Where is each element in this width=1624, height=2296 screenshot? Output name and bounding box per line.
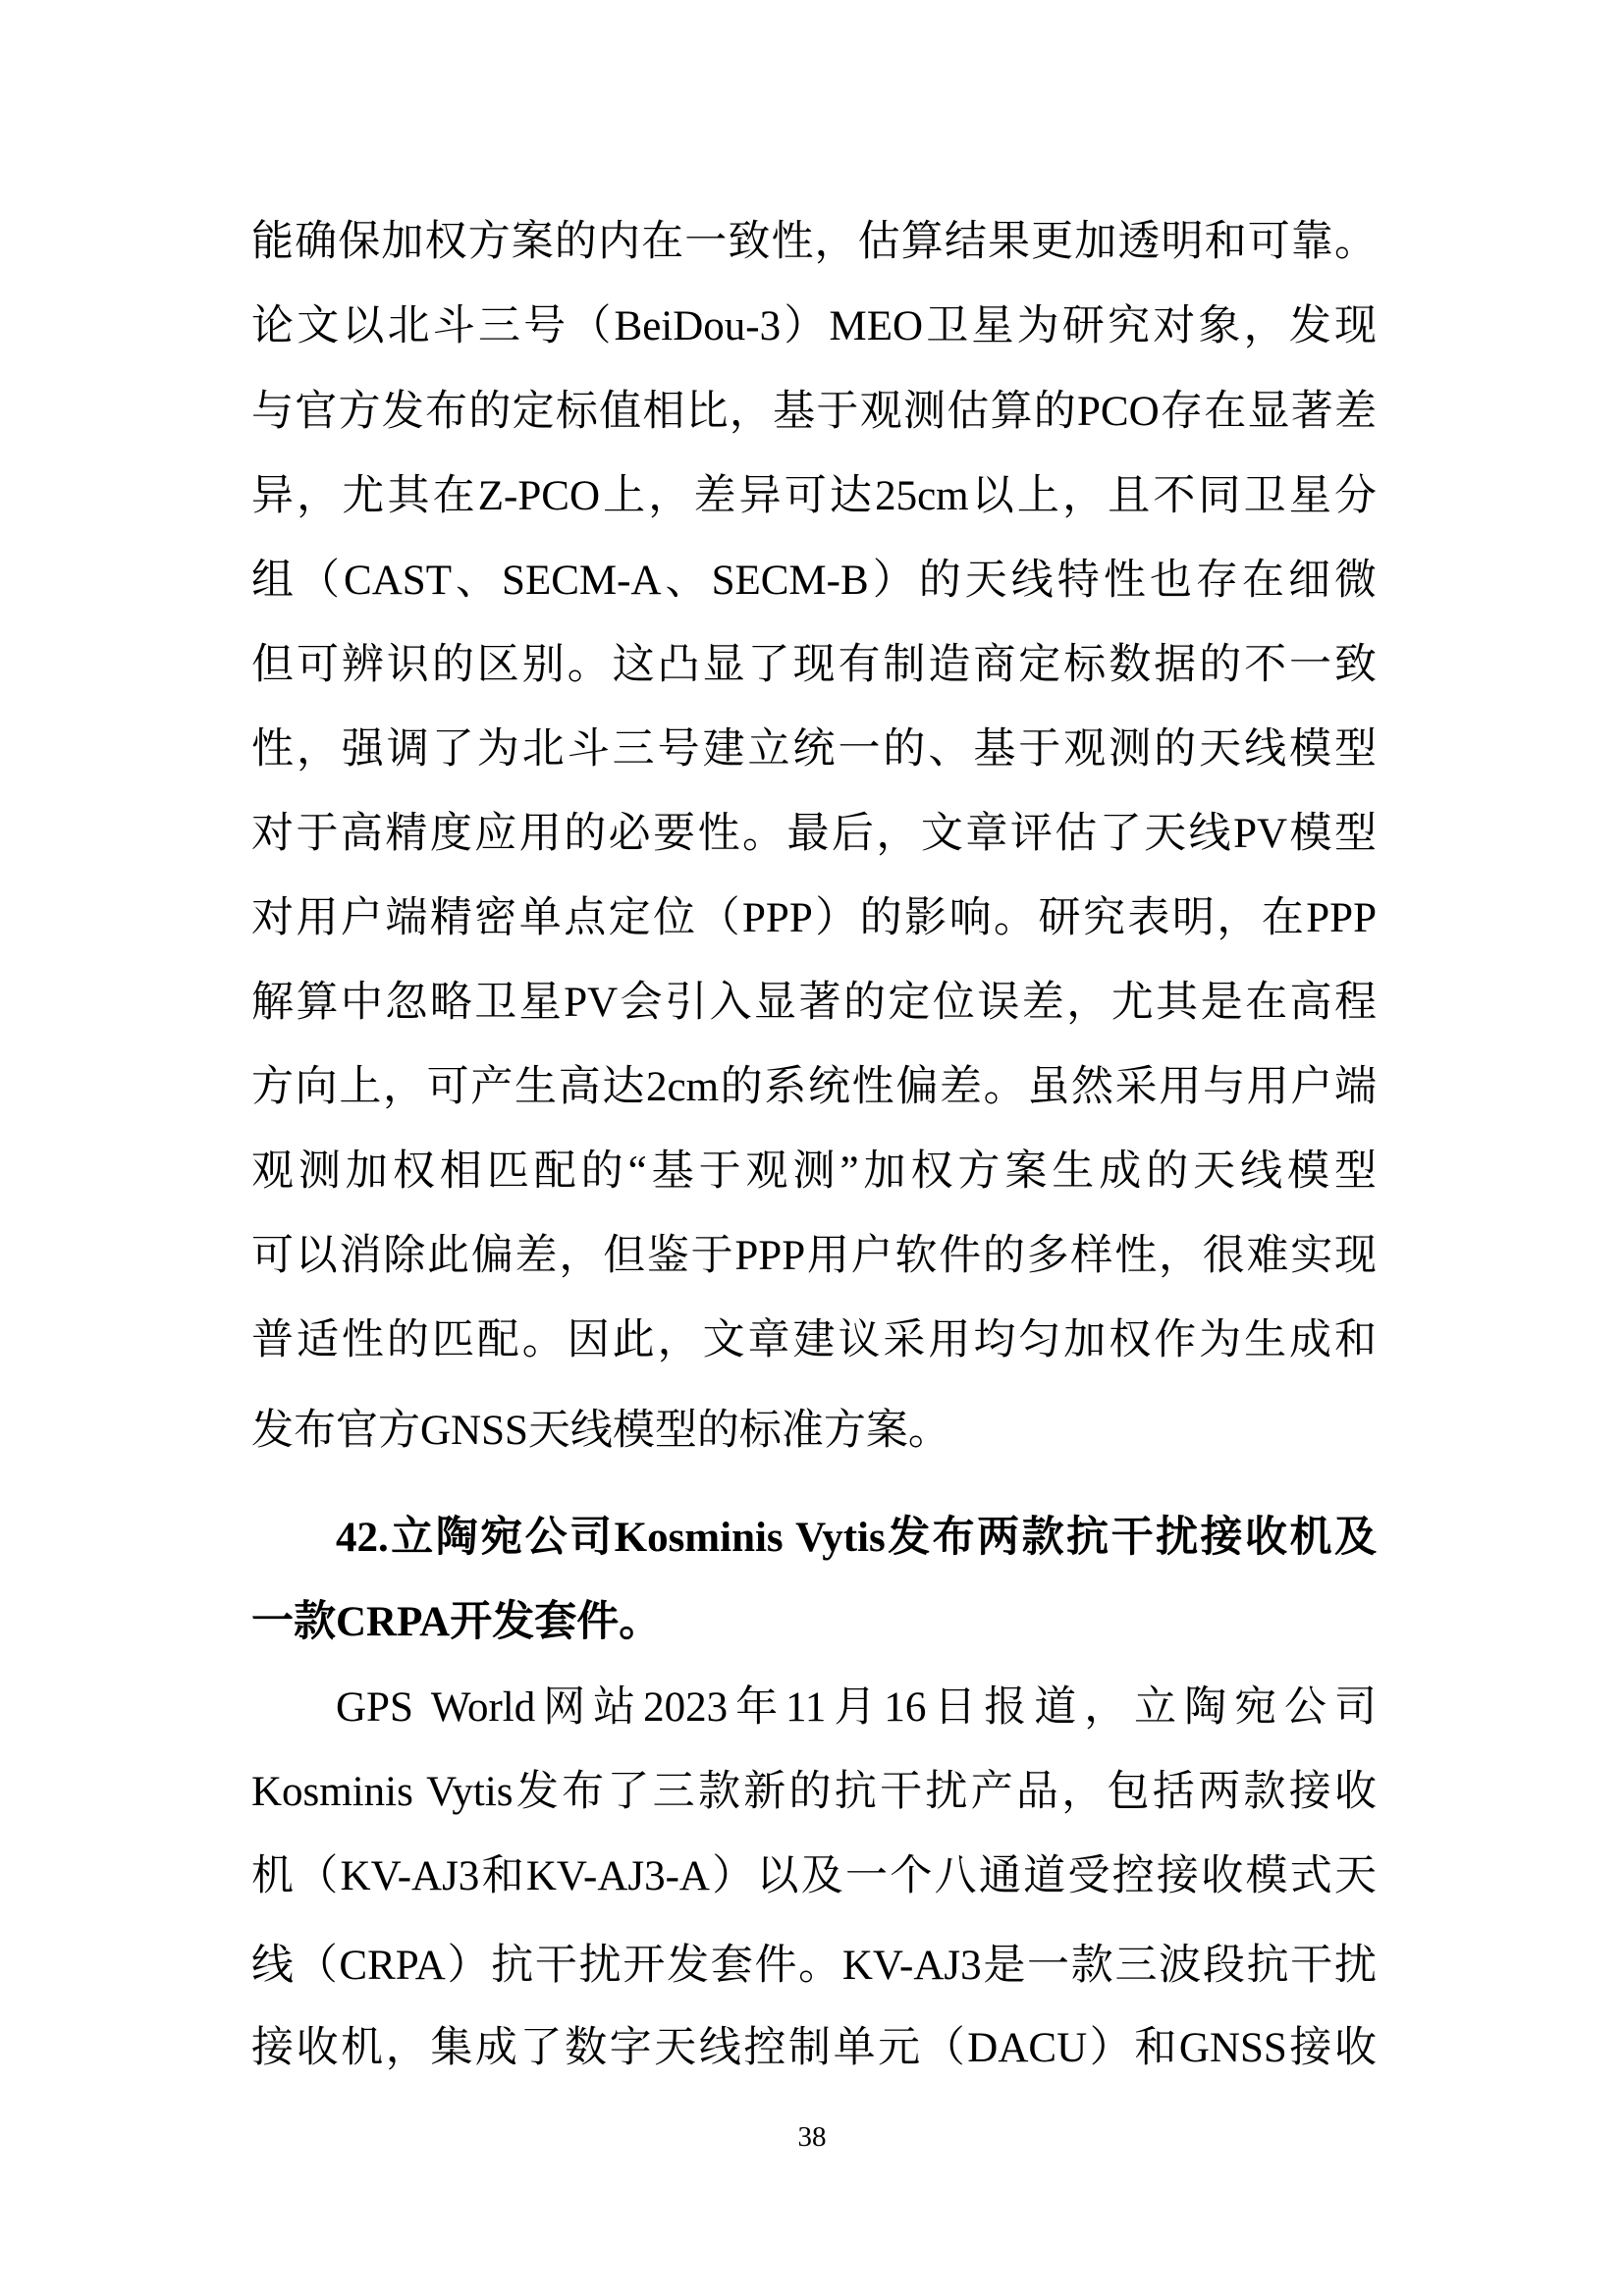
paragraph-line: 发布官方GNSS天线模型的标准方案。 [251,1389,1377,1473]
paragraph-line: 可以消除此偏差，但鉴于PPP用户软件的多样性，很难实现 [251,1214,1377,1299]
paragraph-line: 性，强调了为北斗三号建立统一的、基于观测的天线模型 [251,708,1377,792]
paragraph-line: 观测加权相匹配的“基于观测”加权方案生成的天线模型 [251,1130,1377,1214]
paragraph-line: 对用户端精密单点定位（PPP）的影响。研究表明，在PPP [251,877,1377,961]
section-heading-line: 42.立陶宛公司Kosminis Vytis发布两款抗干扰接收机及 [336,1496,1377,1580]
paragraph-line: 方向上，可产生高达2cm的系统性偏差。虽然采用与用户端 [251,1045,1377,1130]
paragraph-line: 解算中忽略卫星PV会引入显著的定位误差，尤其是在高程 [251,961,1377,1045]
paragraph-line: 普适性的匹配。因此，文章建议采用均匀加权作为生成和 [251,1299,1377,1383]
paragraph-line: GPS World网站2023年11月16日报道，立陶宛公司 [336,1666,1377,1750]
paragraph-line: 能确保加权方案的内在一致性，估算结果更加透明和可靠。 [251,200,1377,285]
section-heading-line: 一款CRPA开发套件。 [251,1580,1377,1665]
page-number: 38 [763,2120,861,2154]
paragraph-line: Kosminis Vytis发布了三款新的抗干扰产品，包括两款接收 [251,1750,1377,1835]
paragraph-line: 线（CRPA）抗干扰开发套件。KV-AJ3是一款三波段抗干扰 [251,1924,1377,2008]
paragraph-line: 对于高精度应用的必要性。最后，文章评估了天线PV模型 [251,792,1377,877]
paragraph-line: 但可辨识的区别。这凸显了现有制造商定标数据的不一致 [251,623,1377,708]
paragraph-line: 组（CAST、SECM-A、SECM-B）的天线特性也存在细微 [251,539,1377,623]
paragraph-line: 异，尤其在Z-PCO上，差异可达25cm以上，且不同卫星分 [251,454,1377,539]
paragraph-line: 接收机，集成了数字天线控制单元（DACU）和GNSS接收 [251,2006,1377,2091]
paragraph-line: 论文以北斗三号（BeiDou-3）MEO卫星为研究对象，发现 [251,285,1377,369]
document-page: 能确保加权方案的内在一致性，估算结果更加透明和可靠。 论文以北斗三号（BeiDo… [0,0,1624,2296]
paragraph-line: 机（KV-AJ3和KV-AJ3-A）以及一个八通道受控接收模式天 [251,1835,1377,1919]
paragraph-line: 与官方发布的定标值相比，基于观测估算的PCO存在显著差 [251,370,1377,454]
